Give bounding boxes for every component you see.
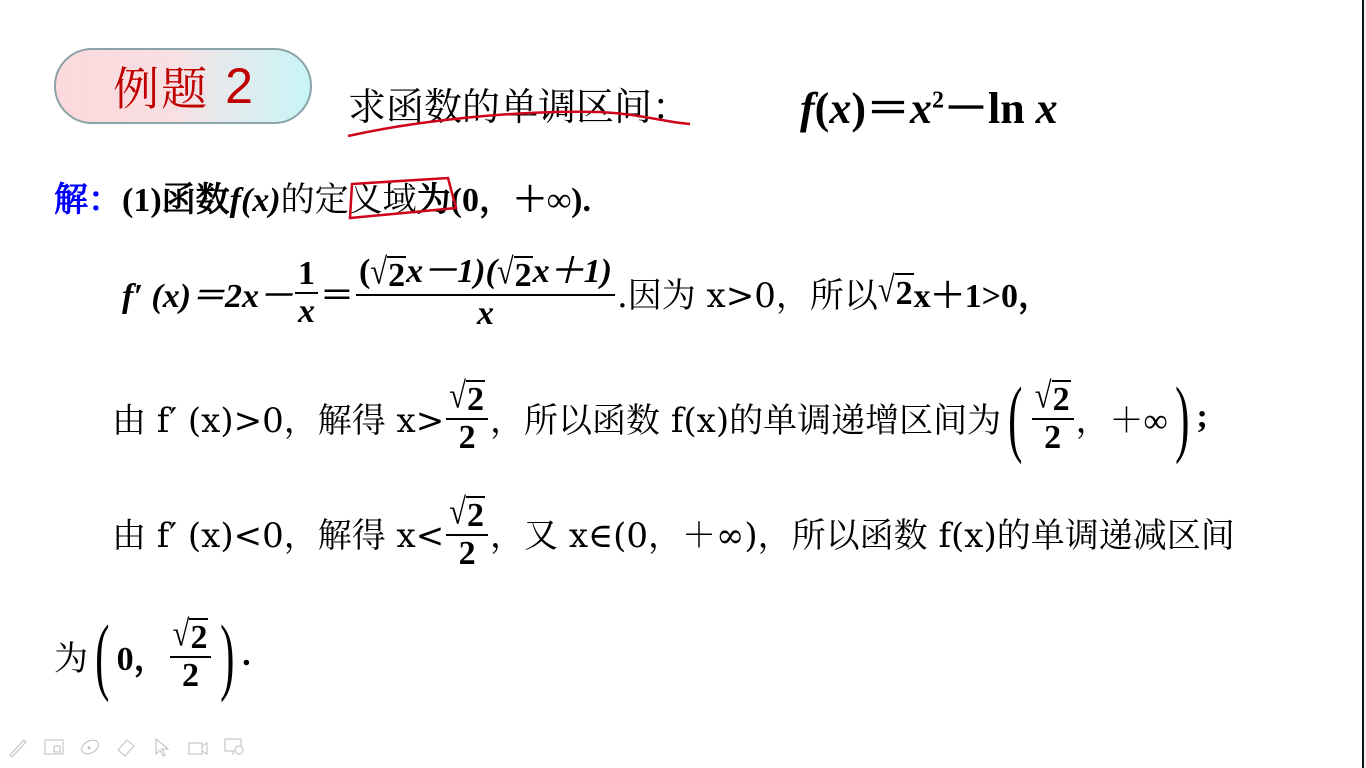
solution-line-4: 由 f′ (x)<0，解得 x< √22 ，又 x∈(0，＋∞)，所以函数 f(… [112,494,1235,571]
whiteboard-icon[interactable] [42,735,66,759]
eraser-icon[interactable] [114,735,138,759]
solution-line-3: 由 f′ (x)>0，解得 x> √22 ，所以函数 f(x)的单调递增区间为 … [112,374,1208,460]
solution-line-5: 为 ( 0， √22 ) . [54,612,251,698]
fraction-1-over-x: 1x [295,256,318,329]
screen-record-icon[interactable] [222,735,246,759]
presentation-toolbar [6,734,246,760]
slide: 例题 2 求函数的单调区间： f(x)＝x2－ln x 解：(1)函数f(x)的… [0,0,1362,768]
example-badge: 例题 2 [54,48,312,124]
solution-label: 解： [54,180,122,220]
problem-formula: f(x)＝x2－ln x [800,72,1058,136]
fraction-factored: (√2x－1)(√2x＋1) x [356,254,615,331]
camera-icon[interactable] [186,735,210,759]
badge-label: 例题 [113,53,209,119]
laser-icon[interactable] [78,735,102,759]
solution-line-2: f′ (x)＝2x－ 1x ＝ (√2x－1)(√2x＋1) x .因为 x>0… [122,254,1052,331]
domain-word: 定义域 [315,180,417,220]
pen-icon[interactable] [6,735,30,759]
prompt-text: 求函数的单调区间： [348,76,690,131]
pointer-icon[interactable] [150,735,174,759]
badge-number: 2 [225,57,253,115]
solution-line-1: 解：(1)函数f(x)的定义域为(0，＋∞). [54,172,591,221]
